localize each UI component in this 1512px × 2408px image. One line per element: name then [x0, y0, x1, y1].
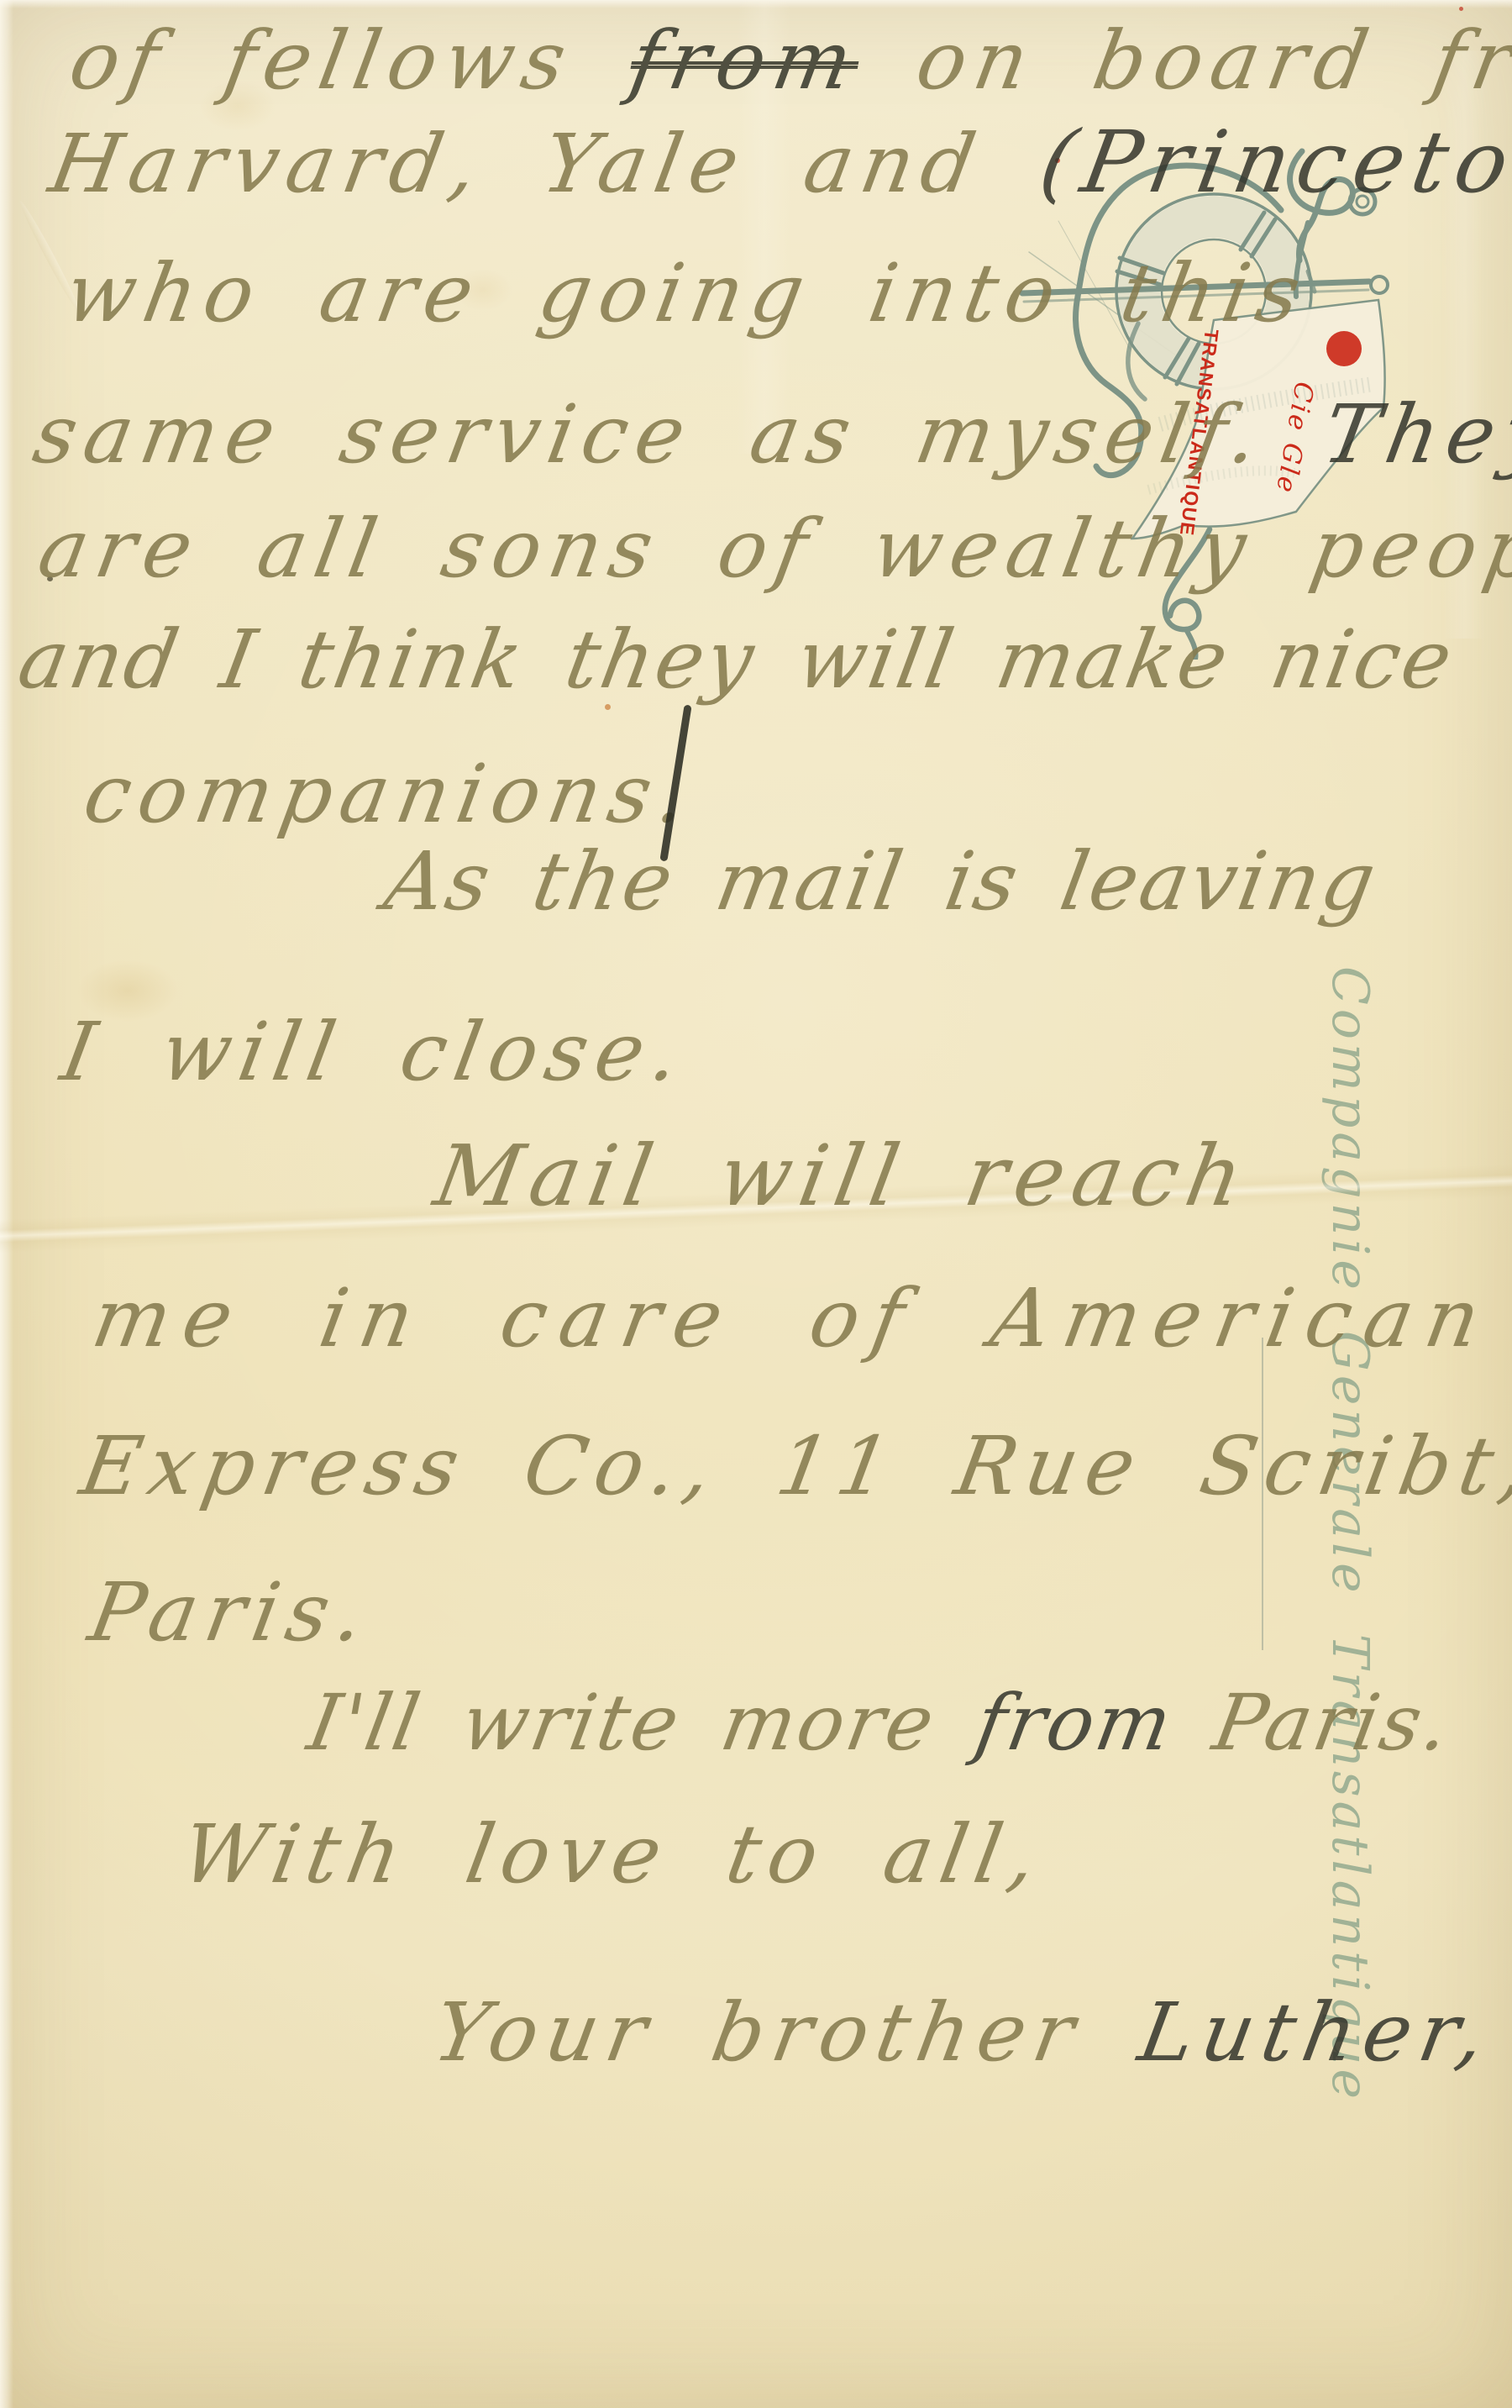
struck-word: from: [623, 13, 867, 108]
handwritten-line: and I think they will make nice: [12, 612, 1462, 708]
line-text: Express Co., 11 Rue Scribt,: [74, 1419, 1512, 1513]
flag-red-disc: [1326, 331, 1362, 366]
line-text: As the mail is leaving: [378, 834, 1384, 928]
line-text: I will close.: [55, 1005, 695, 1099]
overwritten-word: Luther,: [1132, 1985, 1500, 2079]
handwritten-line: me in care of American: [86, 1270, 1500, 1367]
handwritten-line: companions.: [77, 746, 702, 843]
line-text: companions.: [77, 747, 701, 841]
signature-line: Your brother Luther,: [427, 1985, 1501, 2081]
line-text: With love to all,: [175, 1807, 1052, 1901]
handwritten-line: who are going into this: [59, 245, 1316, 342]
line-text: Your brother: [427, 1985, 1149, 2079]
line-text: me in care of American: [86, 1271, 1500, 1365]
handwritten-line: Mail will reach: [428, 1126, 1258, 1227]
handwritten-line: Paris.: [82, 1564, 380, 1661]
line-text: Harvard, Yale and: [43, 117, 1050, 211]
line-text: on board from: [851, 13, 1512, 108]
handwritten-line: Harvard, Yale and (Princeton,: [42, 111, 1512, 213]
line-text: I'll write more: [302, 1678, 985, 1768]
handwritten-line: I'll write more from Paris.: [302, 1677, 1459, 1769]
line-text: Paris.: [82, 1565, 380, 1659]
overwritten-word: from: [969, 1678, 1181, 1768]
stationery-side-text: Compagnie Generale Transatlantique: [1320, 966, 1379, 2103]
letter-page: TRANSATLANTIQUE Cie Gle Compagnie Genera…: [0, 0, 1512, 2408]
handwritten-line: Express Co., 11 Rue Scribt,: [74, 1418, 1512, 1515]
spar-knob: [1371, 276, 1388, 293]
handwritten-line: of fellows from on board from: [63, 13, 1512, 109]
handwritten-line: With love to all,: [175, 1806, 1053, 1903]
line-text: Paris.: [1164, 1678, 1458, 1768]
handwritten-line: I will close.: [55, 1004, 695, 1101]
overwritten-word: They: [1316, 387, 1512, 481]
line-text: Mail will reach: [428, 1127, 1258, 1225]
overwritten-word: (Princeton,: [1033, 113, 1512, 212]
line-text: are all sons of wealthy people,: [32, 502, 1512, 596]
handwritten-line: As the mail is leaving: [378, 833, 1385, 930]
line-text: and I think they will make nice: [12, 613, 1461, 707]
line-text: of fellows: [63, 13, 640, 108]
handwritten-line: are all sons of wealthy people,: [32, 501, 1512, 597]
line-text: same service as myself.: [27, 387, 1333, 481]
line-text: who are going into this: [59, 246, 1315, 340]
paper-left-edge: [0, 0, 13, 2408]
ink-speck: [1459, 7, 1463, 11]
handwritten-line: same service as myself. They: [27, 386, 1512, 483]
